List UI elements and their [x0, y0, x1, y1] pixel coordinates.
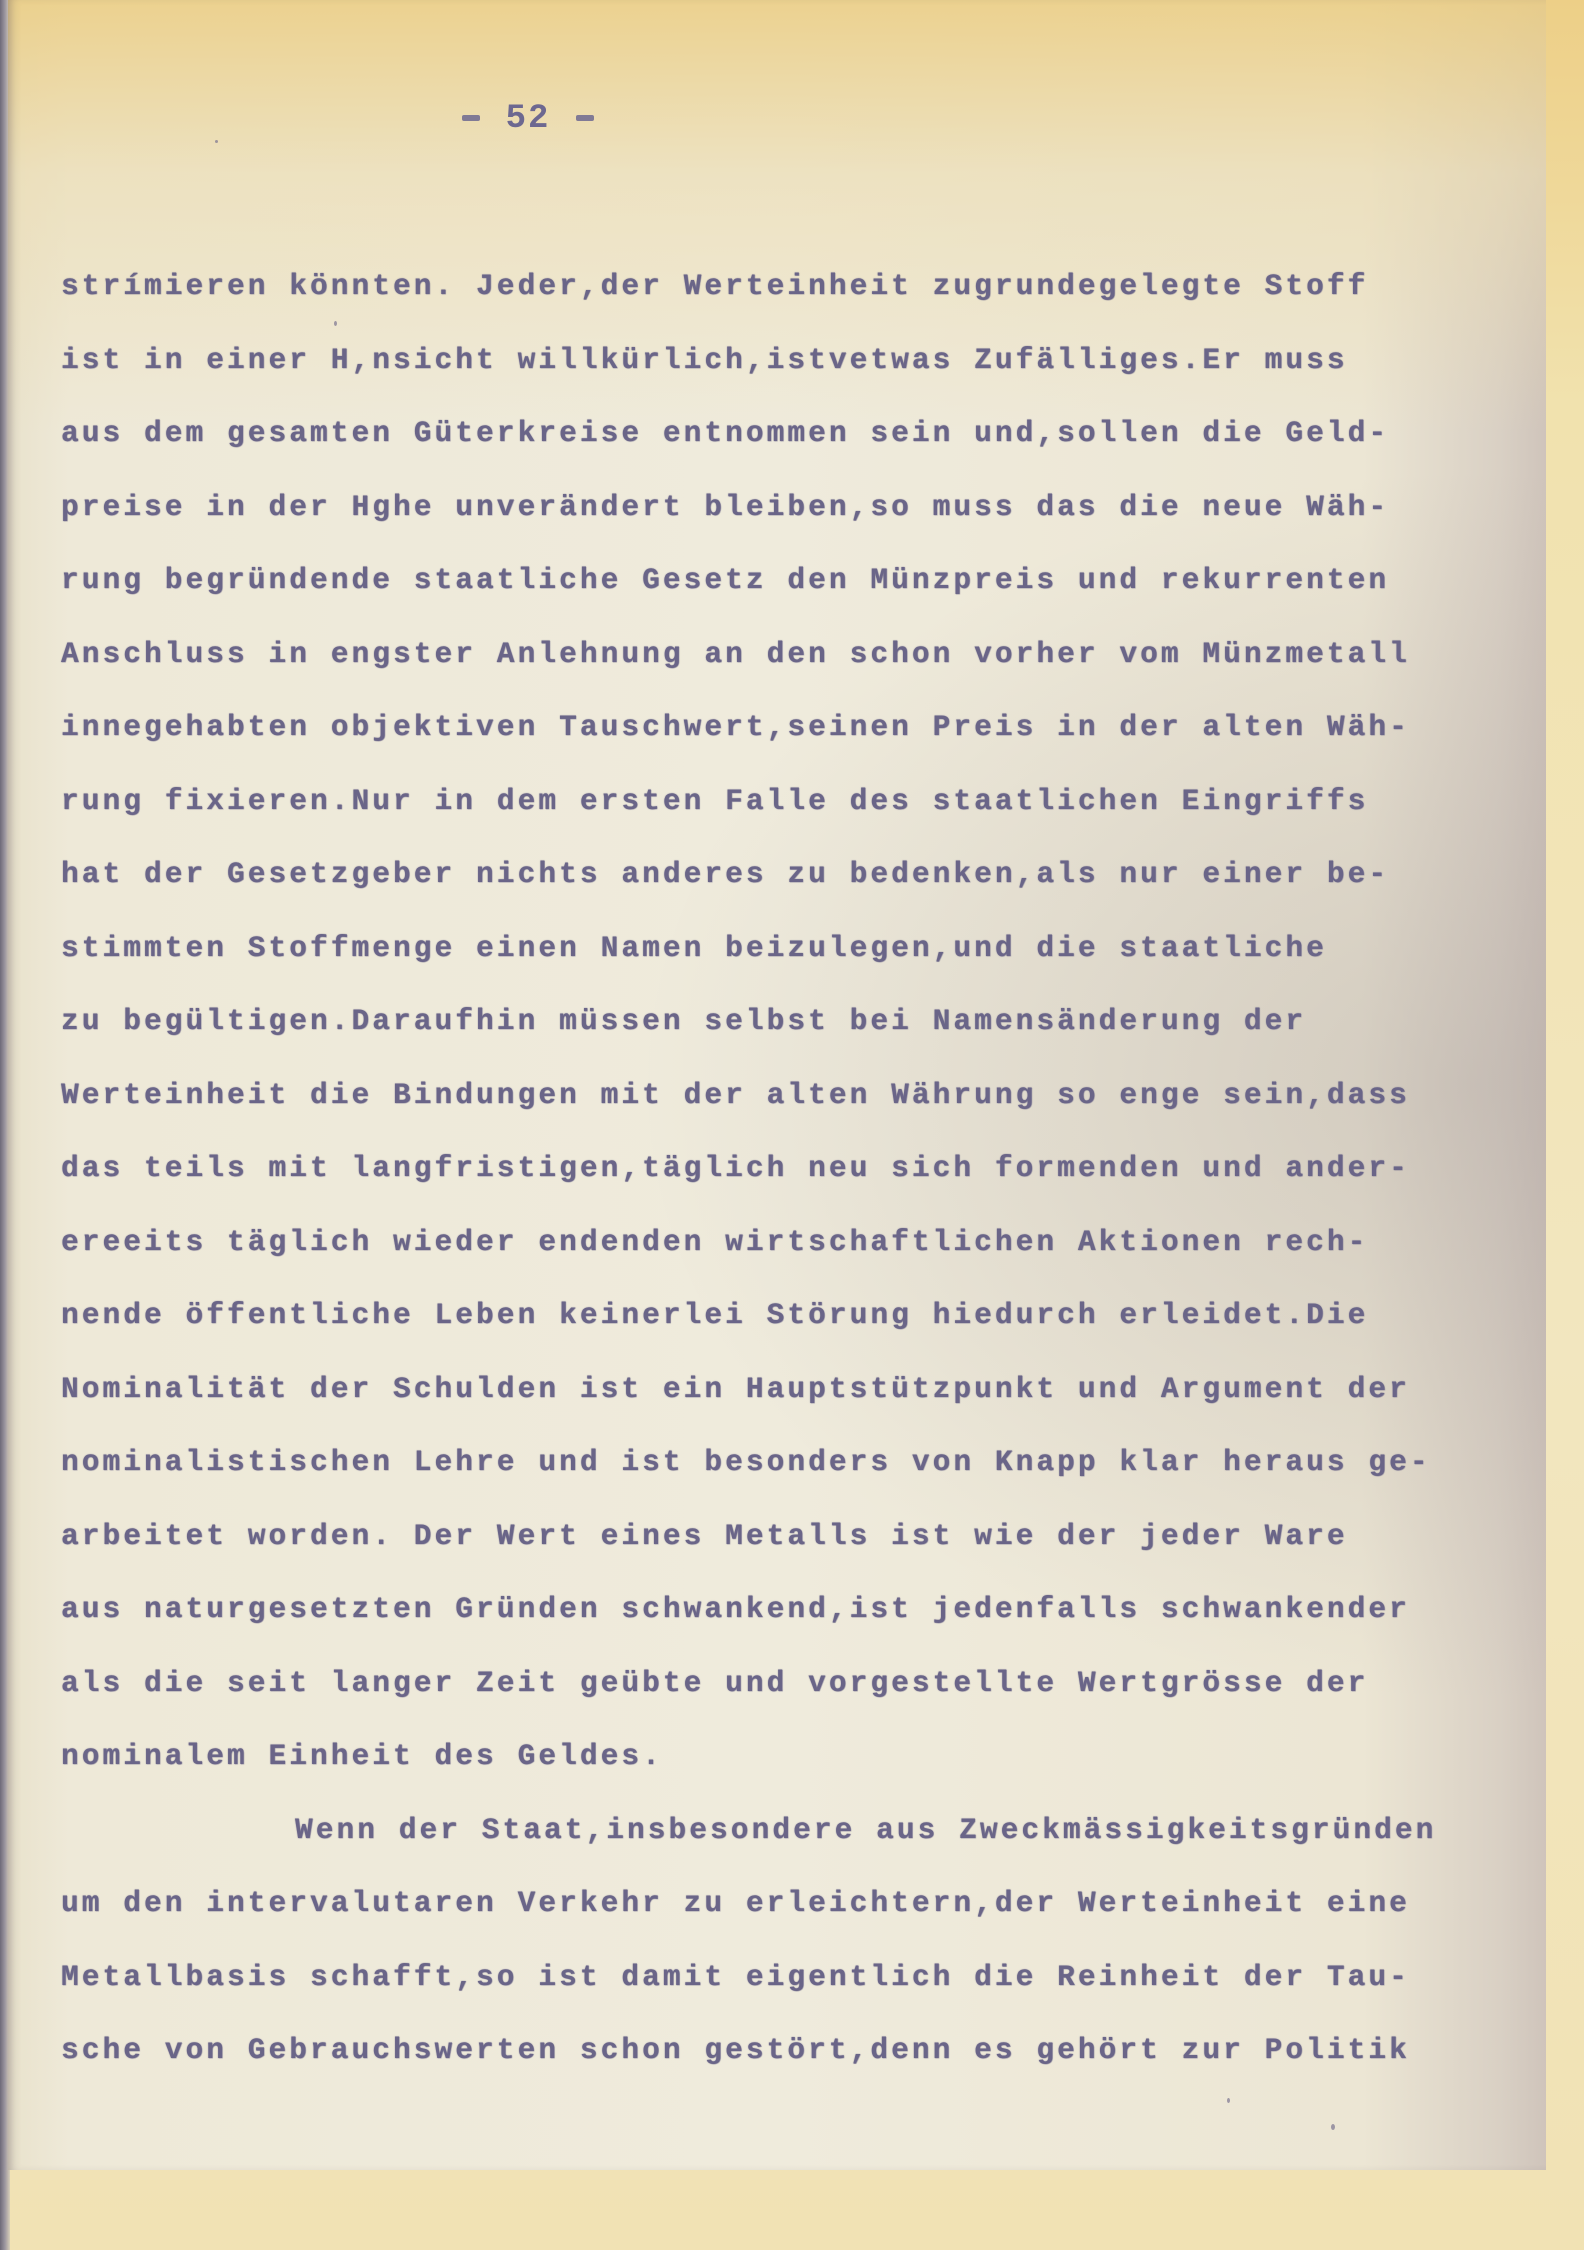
text-line: zu begültigen.Daraufhin müssen selbst be… — [61, 1001, 1521, 1075]
text-line: Wenn der Staat,insbesondere aus Zweckmäs… — [61, 1810, 1521, 1884]
text-line: ereeits täglich wieder endenden wirtscha… — [61, 1222, 1521, 1296]
text-line: ist in einer H,nsicht willkürlich,istvet… — [61, 340, 1521, 414]
body-text: strímieren könnten. Jeder,der Werteinhei… — [61, 266, 1521, 2104]
text-line: aus dem gesamten Güterkreise entnommen s… — [61, 413, 1521, 487]
text-line: Werteinheit die Bindungen mit der alten … — [61, 1075, 1521, 1149]
paragraph: strímieren könnten. Jeder,der Werteinhei… — [61, 266, 1521, 1810]
text-line: Metallbasis schafft,so ist damit eigentl… — [61, 1957, 1521, 2031]
paragraph: Wenn der Staat,insbesondere aus Zweckmäs… — [61, 1810, 1521, 2104]
text-line: Nominalität der Schulden ist ein Hauptst… — [61, 1369, 1521, 1443]
text-line: arbeitet worden. Der Wert eines Metalls … — [61, 1516, 1521, 1590]
text-line: rung fixieren.Nur in dem ersten Falle de… — [61, 781, 1521, 855]
ink-speck — [1227, 2098, 1230, 2103]
text-line: Anschluss in engster Anlehnung an den sc… — [61, 634, 1521, 708]
text-line: sche von Gebrauchswerten schon gestört,d… — [61, 2030, 1521, 2104]
text-line: aus naturgesetzten Gründen schwankend,is… — [61, 1589, 1521, 1663]
ink-speck — [215, 140, 218, 143]
typewritten-page: 52 strímieren könnten. Jeder,der Wertein… — [8, 0, 1546, 2170]
text-line: das teils mit langfristigen,täglich neu … — [61, 1148, 1521, 1222]
ink-speck — [1331, 2124, 1335, 2130]
page-number-header: 52 — [346, 62, 620, 176]
text-line: innegehabten objektiven Tauschwert,seine… — [61, 707, 1521, 781]
dash-right — [576, 115, 594, 121]
text-line: preise in der Hghe unverändert bleiben,s… — [61, 487, 1521, 561]
dash-left — [462, 115, 480, 121]
text-line: strímieren könnten. Jeder,der Werteinhei… — [61, 266, 1521, 340]
text-line: nominalistischen Lehre und ist besonders… — [61, 1442, 1521, 1516]
text-line: als die seit langer Zeit geübte und vorg… — [61, 1663, 1521, 1737]
text-line: rung begründende staatliche Gesetz den M… — [61, 560, 1521, 634]
text-line: nominalem Einheit des Geldes. — [61, 1736, 1521, 1810]
text-line: hat der Gesetzgeber nichts anderes zu be… — [61, 854, 1521, 928]
ink-speck — [334, 321, 337, 326]
text-line: nende öffentliche Leben keinerlei Störun… — [61, 1295, 1521, 1369]
page-number: 52 — [506, 100, 551, 138]
text-line: stimmten Stoffmenge einen Namen beizuleg… — [61, 928, 1521, 1002]
text-line: um den intervalutaren Verkehr zu erleich… — [61, 1883, 1521, 1957]
